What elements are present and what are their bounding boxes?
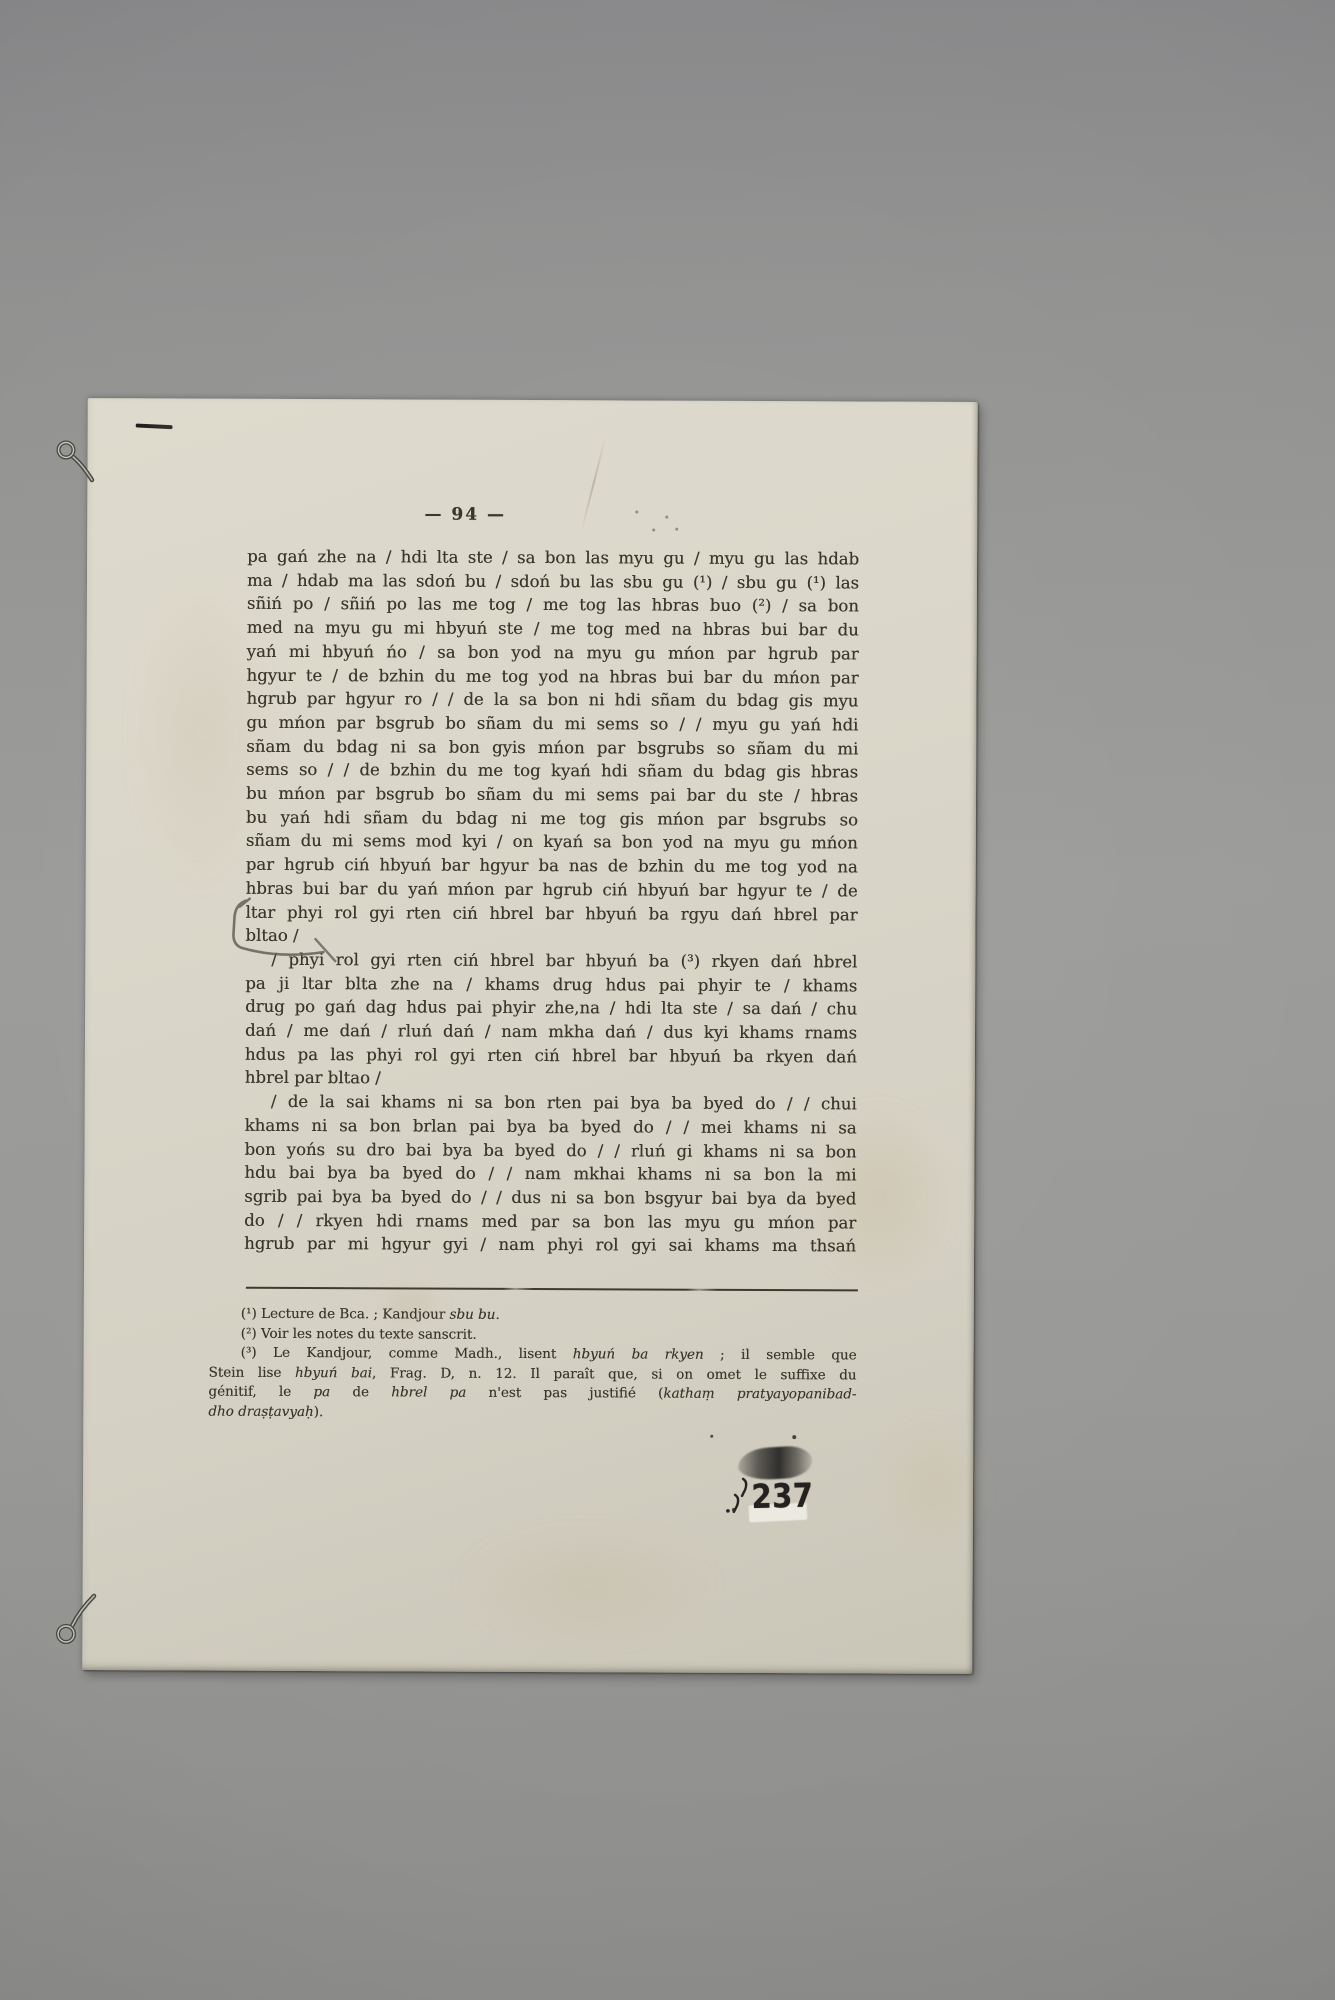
pencil-dot: [675, 528, 678, 531]
footnote-italic-text: kathaṃ pratyayopanibad-: [663, 1386, 856, 1403]
body-text-line: bu yań hdi sñam du bdag ni me tog gis mń…: [246, 805, 858, 831]
footnote-italic-text: dho draṣṭavyaḥ: [208, 1404, 313, 1420]
photo-background: — 94 — pa gań zhe na / hdi lta ste / sa …: [0, 0, 1335, 2000]
footnote-text: .: [495, 1307, 499, 1323]
ink-spot: [792, 1435, 796, 1439]
handwritten-pen-marks: [725, 1475, 759, 1517]
body-text-line: hgrub par hgyur ro / / de la sa bon ni h…: [246, 687, 858, 713]
ink-spot: [710, 1435, 713, 1438]
footnote-text: de: [330, 1385, 391, 1401]
body-text-line: sñam du mi sems mod kyi / on kyań sa bon…: [246, 829, 858, 855]
paper-stain: [878, 1417, 989, 1547]
body-text-line: sñam du bdag ni sa bon gyis mńon par bsg…: [246, 734, 858, 760]
body-text-line: hbrel par bltao /: [245, 1066, 857, 1092]
body-text-line: hdu bai bya ba byed do / / nam mkhai kha…: [244, 1161, 856, 1187]
body-text-line: sgrib pai bya ba byed do / / dus ni sa b…: [244, 1185, 856, 1211]
page-number-header: — 94 —: [380, 504, 550, 525]
footnote-text: ; il semble que: [704, 1347, 857, 1364]
footnote-text: (¹) Lecture de Bca. ; Kandjour: [241, 1306, 450, 1323]
pencil-dot: [665, 516, 668, 519]
footnote-text: Stein lise: [208, 1364, 295, 1380]
footnote-line: (³) Le Kandjour, comme Madh., lisent hby…: [209, 1344, 857, 1366]
body-text-line: sñiń po / sñiń po las me tog / me tog la…: [247, 592, 859, 618]
paper-stain: [452, 1520, 723, 1651]
footnote-line: (¹) Lecture de Bca. ; Kandjour sbu bu.: [209, 1305, 857, 1327]
footnote-separator: [246, 1287, 858, 1292]
body-text-line: drug po gań dag hdus pai phyir zhe,na / …: [245, 995, 857, 1021]
footnote-italic-text: sbu bu: [449, 1307, 495, 1323]
body-text-line: med na myu gu mi hbyuń ste / me tog med …: [247, 616, 859, 642]
binding-pin-bottom: [46, 1588, 100, 1650]
footnote-italic-text: hbyuń bai: [295, 1365, 372, 1381]
footnote-line: dho draṣṭavyaḥ).: [208, 1403, 856, 1425]
binding-pin-top: [50, 434, 98, 490]
scanned-page: — 94 — pa gań zhe na / hdi lta ste / sa …: [82, 398, 978, 1674]
pencil-dot: [652, 529, 655, 532]
body-text-line: gu mńon par bsgrub bo sñam du mi sems so…: [246, 711, 858, 737]
pencil-bracket-underline-mark: [215, 891, 375, 982]
body-text-line: bon yońs su dro bai bya ba byed do / / r…: [244, 1137, 856, 1163]
footnote-text: (³) Le Kandjour, comme Madh., lisent: [241, 1345, 573, 1362]
body-text-line: pa gań zhe na / hdi lta ste / sa bon las…: [247, 545, 859, 571]
footnote-italic-text: pa: [313, 1384, 330, 1400]
footnote-italic-text: hbrel pa: [391, 1385, 466, 1401]
body-text-line: / de la sai khams ni sa bon rten pai bya…: [245, 1090, 857, 1116]
body-text-line: khams ni sa bon brlan pai bya ba byed do…: [245, 1114, 857, 1140]
body-text-line: par hgrub ciń hbyuń bar hgyur ba nas de …: [246, 853, 858, 879]
body-text-line: ma / hdab ma las sdoń bu / sdoń bu las s…: [247, 568, 859, 594]
body-text-line: hgrub par mi hgyur gyi / nam phyi rol gy…: [244, 1232, 856, 1258]
body-text-line: dań / me dań / rluń dań / nam mkha dań /…: [245, 1019, 857, 1045]
footnote-text: génitif, le: [208, 1384, 313, 1400]
ink-spot: [732, 1508, 736, 1512]
body-text-line: sems so / / de bzhin du me tog kyań hdi …: [246, 758, 858, 784]
ink-stroke-mark: [136, 423, 173, 429]
paper-crease: [580, 436, 607, 533]
pencil-dots: [88, 398, 978, 402]
footnote-text: n'est pas justifié (: [466, 1385, 663, 1402]
body-text-line: hgyur te / de bzhin du me tog yod na hbr…: [247, 663, 859, 689]
body-text-line: bu mńon par bsgrub bo sñam du mi sems pa…: [246, 782, 858, 808]
footnote-text: , Frag. D, n. 12. Il paraît que, si on o…: [372, 1365, 857, 1383]
body-text-line: hdus pa las phyi rol gyi rten ciń hbrel …: [245, 1043, 857, 1069]
pencil-dot: [635, 510, 638, 513]
footnotes: (¹) Lecture de Bca. ; Kandjour sbu bu.(²…: [208, 1305, 857, 1425]
footnote-italic-text: hbyuń ba rkyen: [573, 1346, 704, 1363]
stamp-number: 237: [751, 1476, 814, 1516]
body-text-line: do / / rkyen hdi rnams med par sa bon la…: [244, 1208, 856, 1234]
footnote-text: (²) Voir les notes du texte sanscrit.: [241, 1325, 477, 1342]
footnote-text: ).: [314, 1404, 324, 1420]
body-text-line: yań mi hbyuń ńo / sa bon yod na myu gu m…: [247, 640, 859, 666]
